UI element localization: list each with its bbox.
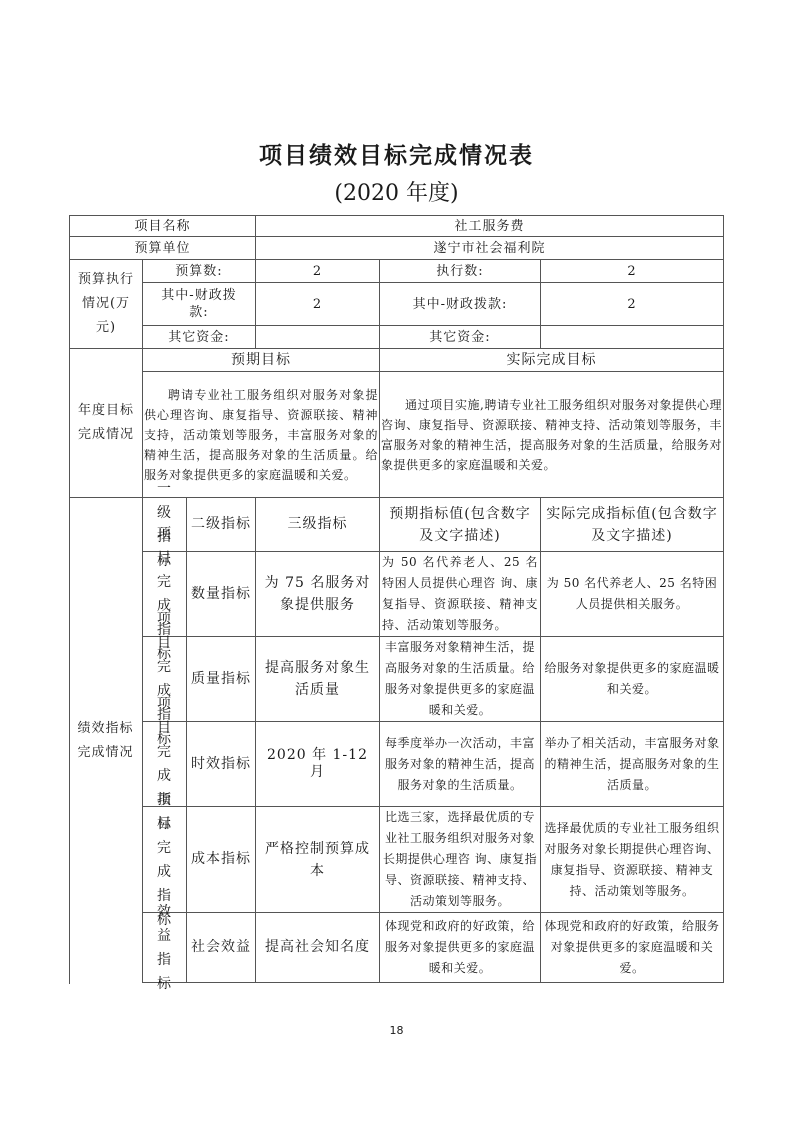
actual-goal-header: 实际完成目标 xyxy=(379,348,724,372)
row3-expected: 每季度举办一次活动，丰富服务对象的精神生活，提高服务对象的生活质量。 xyxy=(379,721,541,807)
header-level2: 二级指标 xyxy=(186,497,256,552)
row4-actual: 选择最优质的专业社工服务组织对服务对象长期提供心理咨询、康复指导、资源联接、精神… xyxy=(540,806,724,913)
header-actual: 实际完成指标值(包含数字及文字描述) xyxy=(540,497,724,552)
budget-amount-value: 2 xyxy=(255,259,380,283)
budget-amount-label: 预算数: xyxy=(142,259,256,283)
budget-unit-label: 预算单位 xyxy=(69,236,256,260)
header-level3: 三级指标 xyxy=(255,497,380,552)
budget-fiscal-value: 2 xyxy=(255,282,380,326)
row1-expected: 为 50 名代养老人、25 名特困人员提供心理咨 询、康复指导、资源联接、精神支… xyxy=(379,551,541,637)
budget-section-label: 预算执行情况(万元) xyxy=(69,259,143,349)
row5-level2: 社会效益 xyxy=(186,912,256,983)
expected-goal-header: 预期目标 xyxy=(142,348,380,372)
budget-fiscal-label: 其中-财政拨款: xyxy=(142,282,256,326)
executed-fiscal-label: 其中-财政拨款: xyxy=(379,282,541,326)
executed-amount-value: 2 xyxy=(540,259,724,283)
row3-level3: 2020 年 1-12 月 xyxy=(255,721,380,807)
budget-unit-value: 遂宁市社会福利院 xyxy=(255,236,724,260)
row4-level1: 项目完成指标 xyxy=(142,806,187,913)
row2-level3: 提高服务对象生活质量 xyxy=(255,636,380,722)
row5-level1: 效益指标 xyxy=(142,912,187,983)
row2-actual: 给服务对象提供更多的家庭温暖和关爱。 xyxy=(540,636,724,722)
row5-expected: 体现党和政府的好政策，给服务对象提供更多的家庭温暖和关爱。 xyxy=(379,912,541,983)
row4-level3: 严格控制预算成本 xyxy=(255,806,380,913)
document-subtitle: (2020 年度) xyxy=(0,176,793,207)
project-name-label: 项目名称 xyxy=(69,215,256,237)
row3-actual: 举办了相关活动，丰富服务对象的精神生活，提高服务对象的生活质量。 xyxy=(540,721,724,807)
row1-level2: 数量指标 xyxy=(186,551,256,637)
row1-actual: 为 50 名代养老人、25 名特困人员提供相关服务。 xyxy=(540,551,724,637)
indicators-section-label: 绩效指标完成情况 xyxy=(69,497,143,983)
row5-level3: 提高社会知名度 xyxy=(255,912,380,983)
document-title: 项目绩效目标完成情况表 xyxy=(0,137,793,170)
budget-other-label: 其它资金: xyxy=(142,325,256,349)
annual-goal-label: 年度目标完成情况 xyxy=(69,348,143,498)
row2-level2: 质量指标 xyxy=(186,636,256,722)
budget-other-value xyxy=(255,325,380,349)
actual-goal-text: 通过项目实施,聘请专业社工服务组织对服务对象提供心理咨询、康复指导、资源联接、精… xyxy=(379,371,724,498)
executed-amount-label: 执行数: xyxy=(379,259,541,283)
row1-level3: 为 75 名服务对象提供服务 xyxy=(255,551,380,637)
header-expected: 预期指标值(包含数字及文字描述) xyxy=(379,497,541,552)
executed-other-value xyxy=(540,325,724,349)
page-number: 18 xyxy=(0,1024,793,1037)
executed-other-label: 其它资金: xyxy=(379,325,541,349)
project-name-value: 社工服务费 xyxy=(255,215,724,237)
row4-expected: 比选三家，选择最优质的专业社工服务组织对服务对象长期提供心理咨 询、康复指导、资… xyxy=(379,806,541,913)
row2-expected: 丰富服务对象精神生活，提高服务对象的生活质量。给服务对象提供更多的家庭温暖和关爱… xyxy=(379,636,541,722)
row4-level2: 成本指标 xyxy=(186,806,256,913)
executed-fiscal-value: 2 xyxy=(540,282,724,326)
row3-level2: 时效指标 xyxy=(186,721,256,807)
row5-actual: 体现党和政府的好政策，给服务对象提供更多的家庭温暖和关爱。 xyxy=(540,912,724,983)
